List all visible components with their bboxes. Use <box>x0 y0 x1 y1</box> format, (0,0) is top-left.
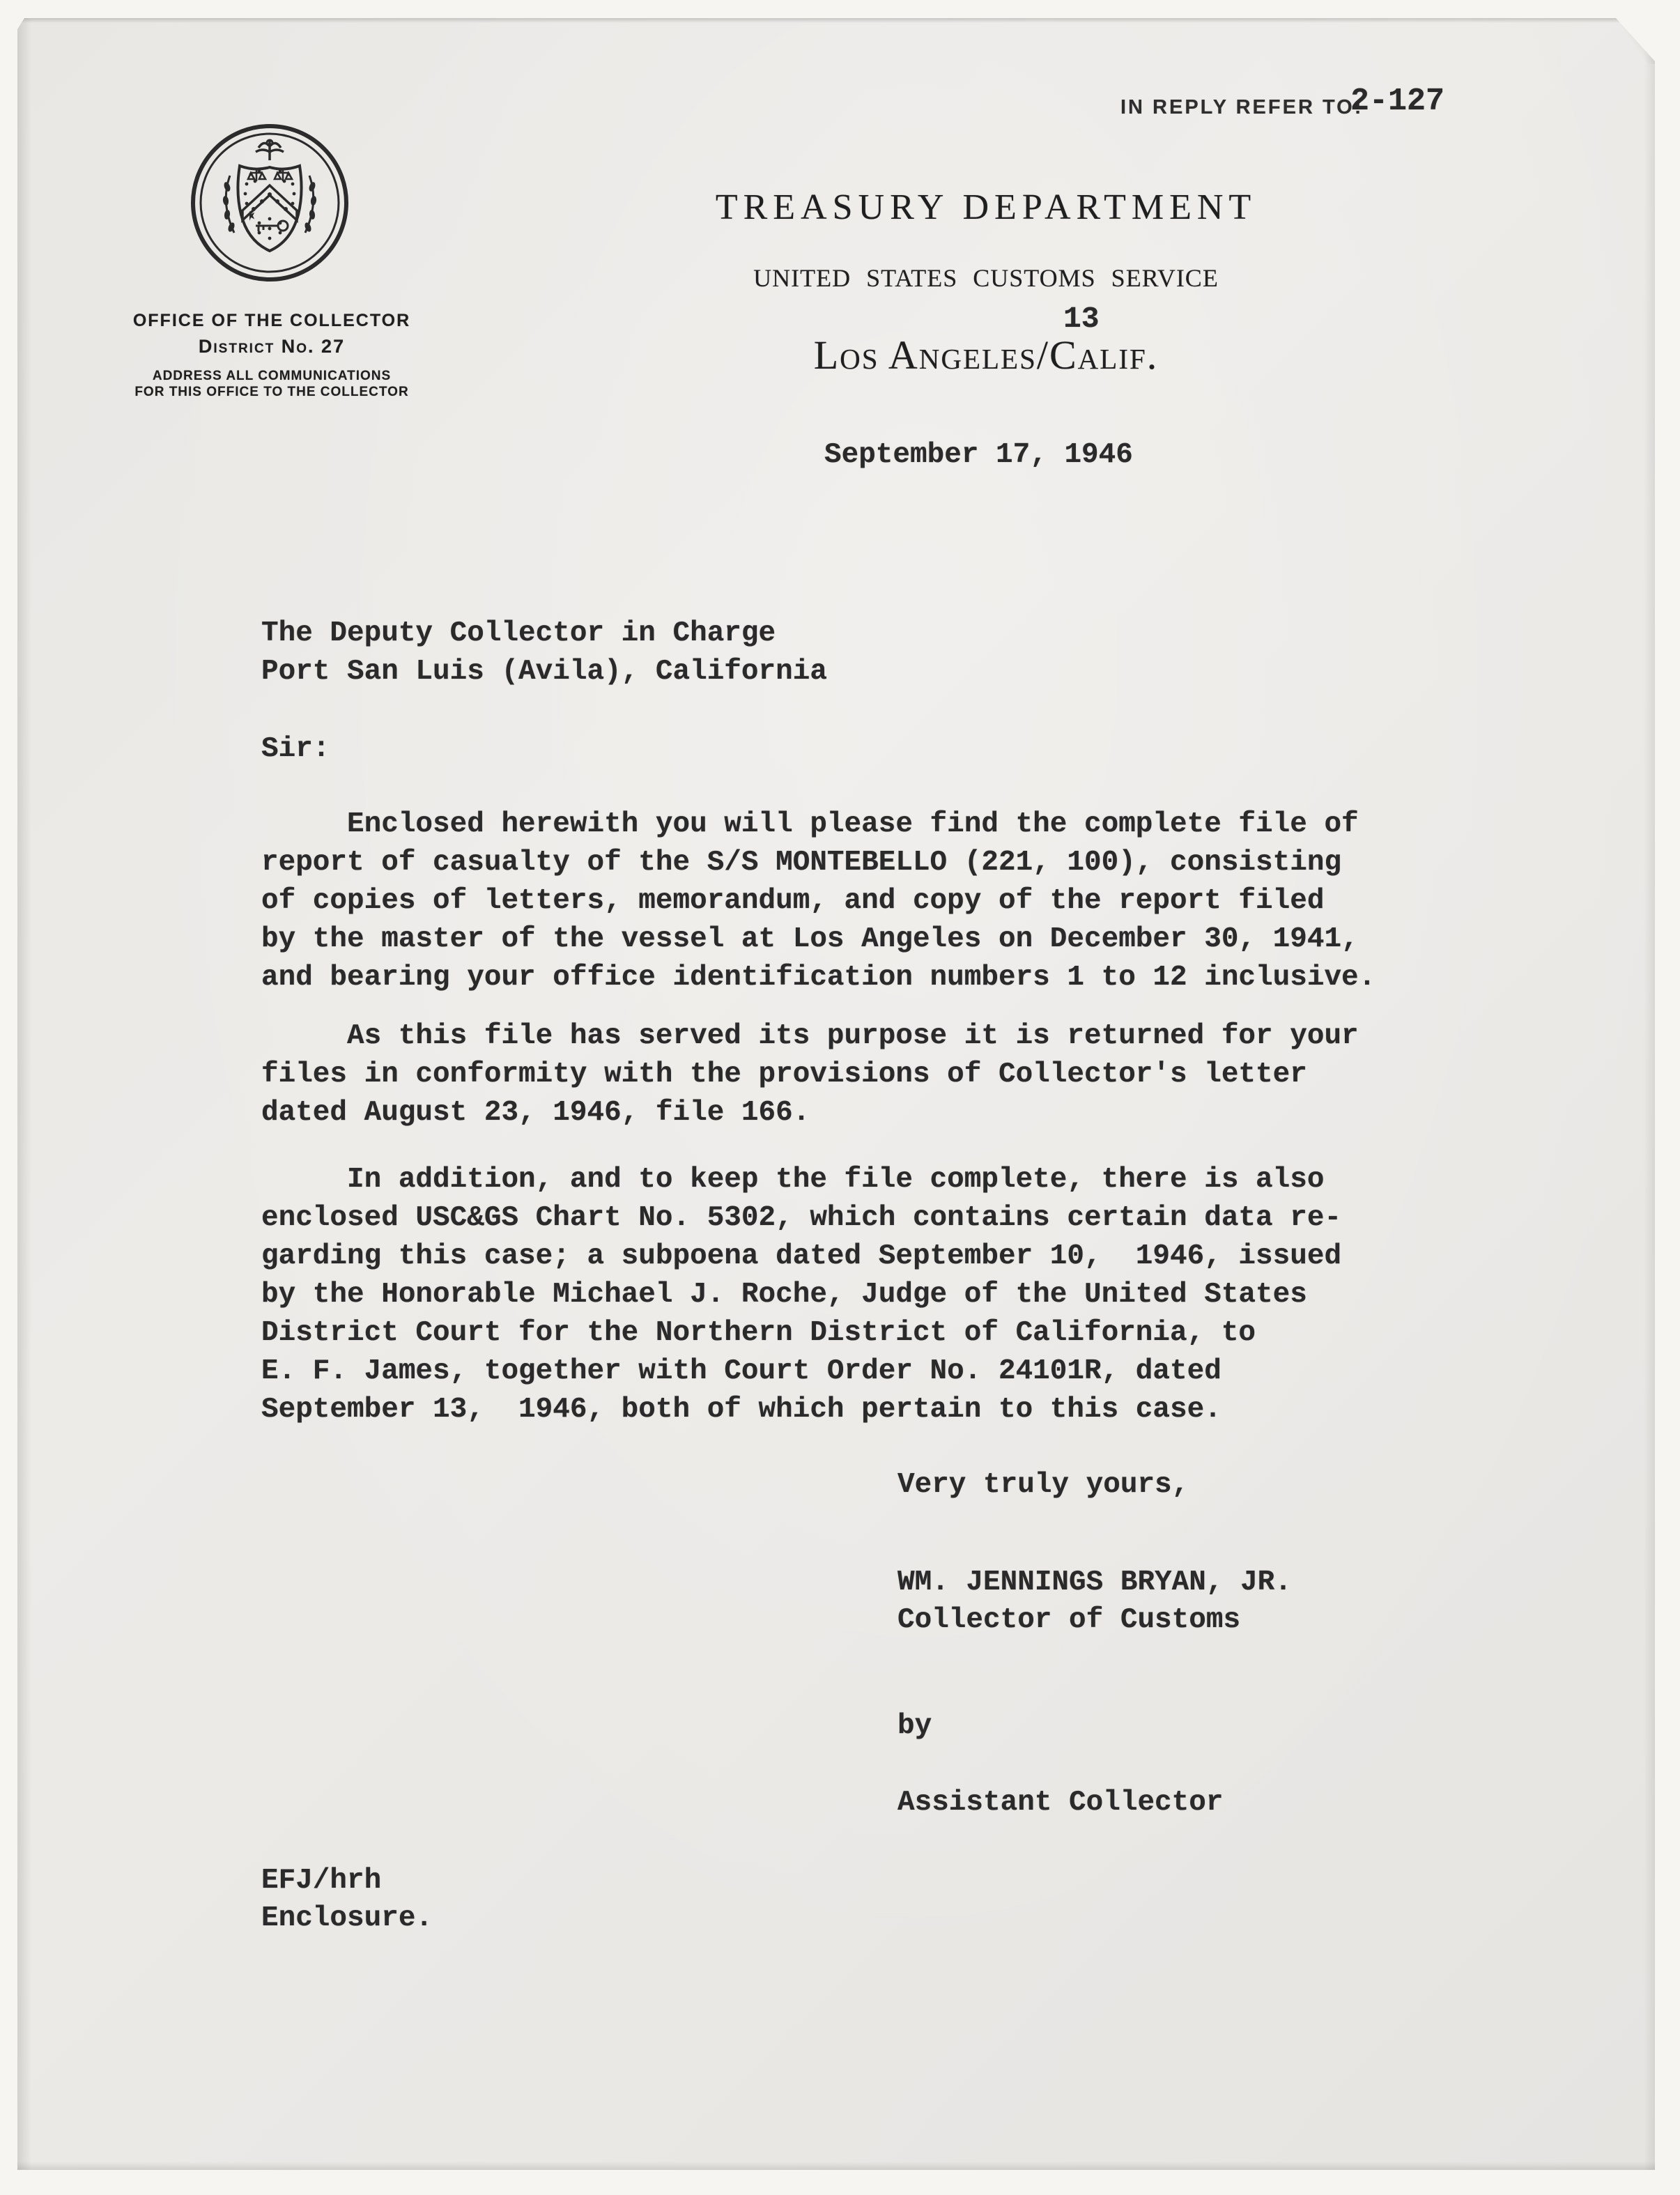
address-note: ADDRESS ALL COMMUNICATIONS FOR THIS OFFI… <box>91 368 453 400</box>
body-paragraph-3: In addition, and to keep the file comple… <box>261 1161 1341 1429</box>
reply-ref-number: 2-127 <box>1350 82 1444 121</box>
signer-title: Collector of Customs <box>897 1601 1240 1640</box>
valediction: Very truly yours, <box>897 1466 1189 1504</box>
typist-initials: EFJ/hrh <box>261 1862 381 1900</box>
service-title: UNITED STATES CUSTOMS SERVICE <box>662 263 1310 293</box>
body-paragraph-2: As this file has served its purpose it i… <box>261 1017 1359 1132</box>
signer-name: WM. JENNINGS BRYAN, JR. <box>897 1564 1292 1602</box>
date-line: September 17, 1946 <box>824 436 1133 475</box>
reply-ref-label: IN REPLY REFER TO: <box>1120 96 1363 119</box>
by-label: by <box>897 1707 932 1746</box>
district-line: District No. 27 <box>91 336 453 357</box>
deputy-title: Assistant Collector <box>897 1784 1223 1822</box>
department-title: TREASURY DEPARTMENT <box>662 187 1310 228</box>
enclosure-note: Enclosure. <box>261 1900 433 1938</box>
scanned-letter-page: IN REPLY REFER TO: 2-127 <box>0 0 1680 2195</box>
treasury-seal-icon <box>187 120 353 286</box>
office-name: OFFICE OF THE COLLECTOR <box>91 311 453 331</box>
recipient-address: The Deputy Collector in Charge Port San … <box>261 615 827 691</box>
salutation: Sir: <box>261 730 330 769</box>
body-paragraph-1: Enclosed herewith you will please find t… <box>261 806 1375 997</box>
folded-corner <box>1613 18 1655 64</box>
location-line: Los Angeles/Calif. <box>662 332 1310 378</box>
